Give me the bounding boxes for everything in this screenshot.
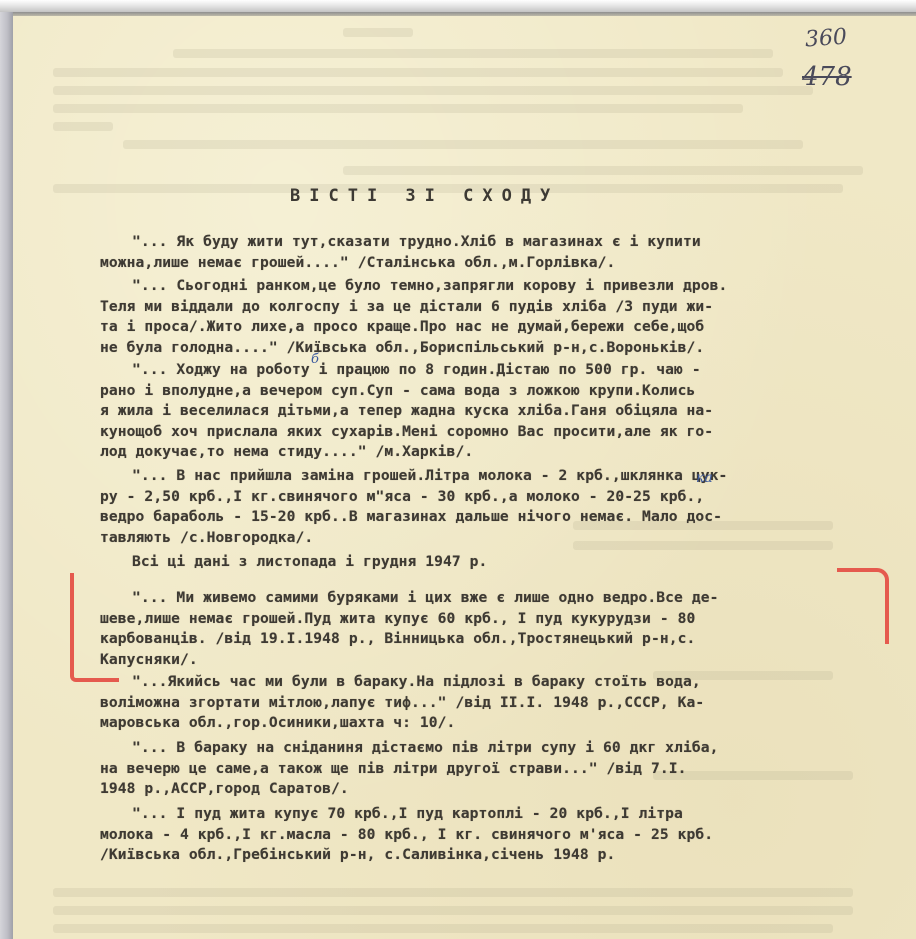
bleed-through-mark bbox=[343, 166, 863, 175]
paragraph-7: "...Якийсь час ми були в бараку.На підло… bbox=[100, 672, 890, 734]
paragraph-8: "... В бараку на сніданиня дістаємо пів … bbox=[100, 738, 890, 800]
text-line: Капусняки/. bbox=[100, 650, 890, 671]
text-line: "... В нас прийшла заміна грошей.Літра м… bbox=[100, 466, 890, 487]
bleed-through-mark bbox=[173, 49, 773, 58]
text-line: "... І пуд жита купує 70 крб.,І пуд карт… bbox=[100, 804, 890, 825]
paragraph-4: "... В нас прийшла заміна грошей.Літра м… bbox=[100, 466, 890, 548]
text-line: Всі ці дані з листопада і грудня 1947 р. bbox=[100, 552, 890, 573]
text-line: та і проса/.Жито лихе,а просо краще.Про … bbox=[100, 317, 890, 338]
bleed-through-mark bbox=[53, 924, 833, 933]
bleed-through-mark bbox=[53, 888, 853, 897]
text-line: "... В бараку на сніданиня дістаємо пів … bbox=[100, 738, 890, 759]
bleed-through-mark bbox=[53, 104, 743, 113]
text-line: маровська обл.,гор.Осиники,шахта ч: 10/. bbox=[100, 713, 890, 734]
text-line: шеве,лише немає грошей.Пуд жита купує 60… bbox=[100, 609, 890, 630]
bleed-through-mark bbox=[53, 86, 813, 95]
handwritten-crossed-number: 478 bbox=[802, 62, 852, 92]
paragraph-5-date-note: Всі ці дані з листопада і грудня 1947 р. bbox=[100, 552, 890, 573]
bleed-through-mark bbox=[53, 68, 783, 77]
text-line: можна,лише немає грошей...." /Сталінська… bbox=[100, 253, 890, 274]
scan-left-border bbox=[0, 12, 13, 939]
document-title: ВІСТІ ЗІ СХОДУ bbox=[290, 186, 559, 206]
paragraph-2: "... Сьогодні ранком,це було темно,запря… bbox=[100, 276, 890, 358]
text-line: лод докучає,то нема стиду...." /м.Харків… bbox=[100, 442, 890, 463]
paragraph-3: "... Ходжу на роботу і працюю по 8 годин… bbox=[100, 360, 890, 463]
paragraph-6-bracketed: "... Ми живемо самими буряками і цих вже… bbox=[100, 588, 890, 670]
handwritten-page-number: 360 bbox=[804, 25, 848, 53]
ink-correction-mark: б bbox=[311, 352, 319, 367]
text-line: на вечерю це саме,а також ще пів літри д… bbox=[100, 759, 890, 780]
text-line: воліможна згортати мітлою,лапує тиф..." … bbox=[100, 693, 890, 714]
text-line: кунощоб хоч прислала яких сухарів.Мені с… bbox=[100, 422, 890, 443]
text-line: я жила і веселилася дітьми,а тепер жадна… bbox=[100, 401, 890, 422]
red-pencil-bracket-left bbox=[70, 573, 119, 682]
text-line: тавляють /с.Новгородка/. bbox=[100, 528, 890, 549]
text-line: 1948 р.,АССР,город Саратов/. bbox=[100, 779, 890, 800]
text-line: /Київська обл.,Гребінський р-н, с.Саливі… bbox=[100, 845, 890, 866]
text-line: "...Якийсь час ми були в бараку.На підло… bbox=[100, 672, 890, 693]
red-pencil-bracket-right bbox=[837, 568, 889, 644]
ink-correction-mark: ка bbox=[696, 470, 713, 486]
bleed-through-mark bbox=[53, 906, 853, 915]
text-line: "... Як буду жити тут,сказати трудно.Хлі… bbox=[100, 232, 890, 253]
text-line: Теля ми віддали до колгоспу і за це діст… bbox=[100, 297, 890, 318]
bleed-through-mark bbox=[343, 28, 413, 37]
bleed-through-mark bbox=[53, 122, 113, 131]
text-line: карбованців. /від 19.І.1948 р., Вінницьк… bbox=[100, 629, 890, 650]
text-line: ведро бараболь - 15-20 крб..В магазинах … bbox=[100, 507, 890, 528]
text-line: не була голодна...." /Київська обл.,Бори… bbox=[100, 338, 890, 359]
paragraph-9: "... І пуд жита купує 70 крб.,І пуд карт… bbox=[100, 804, 890, 866]
text-line: ру - 2,50 крб.,І кг.свинячого м"яса - 30… bbox=[100, 487, 890, 508]
text-line: рано і вполудне,а вечером суп.Суп - сама… bbox=[100, 381, 890, 402]
paragraph-1: "... Як буду жити тут,сказати трудно.Хлі… bbox=[100, 232, 890, 273]
text-line: "... Ми живемо самими буряками і цих вже… bbox=[100, 588, 890, 609]
text-line: молока - 4 крб.,І кг.масла - 80 крб., І … bbox=[100, 825, 890, 846]
bleed-through-mark bbox=[123, 140, 803, 149]
text-line: "... Сьогодні ранком,це було темно,запря… bbox=[100, 276, 890, 297]
text-line: "... Ходжу на роботу і працюю по 8 годин… bbox=[100, 360, 890, 381]
